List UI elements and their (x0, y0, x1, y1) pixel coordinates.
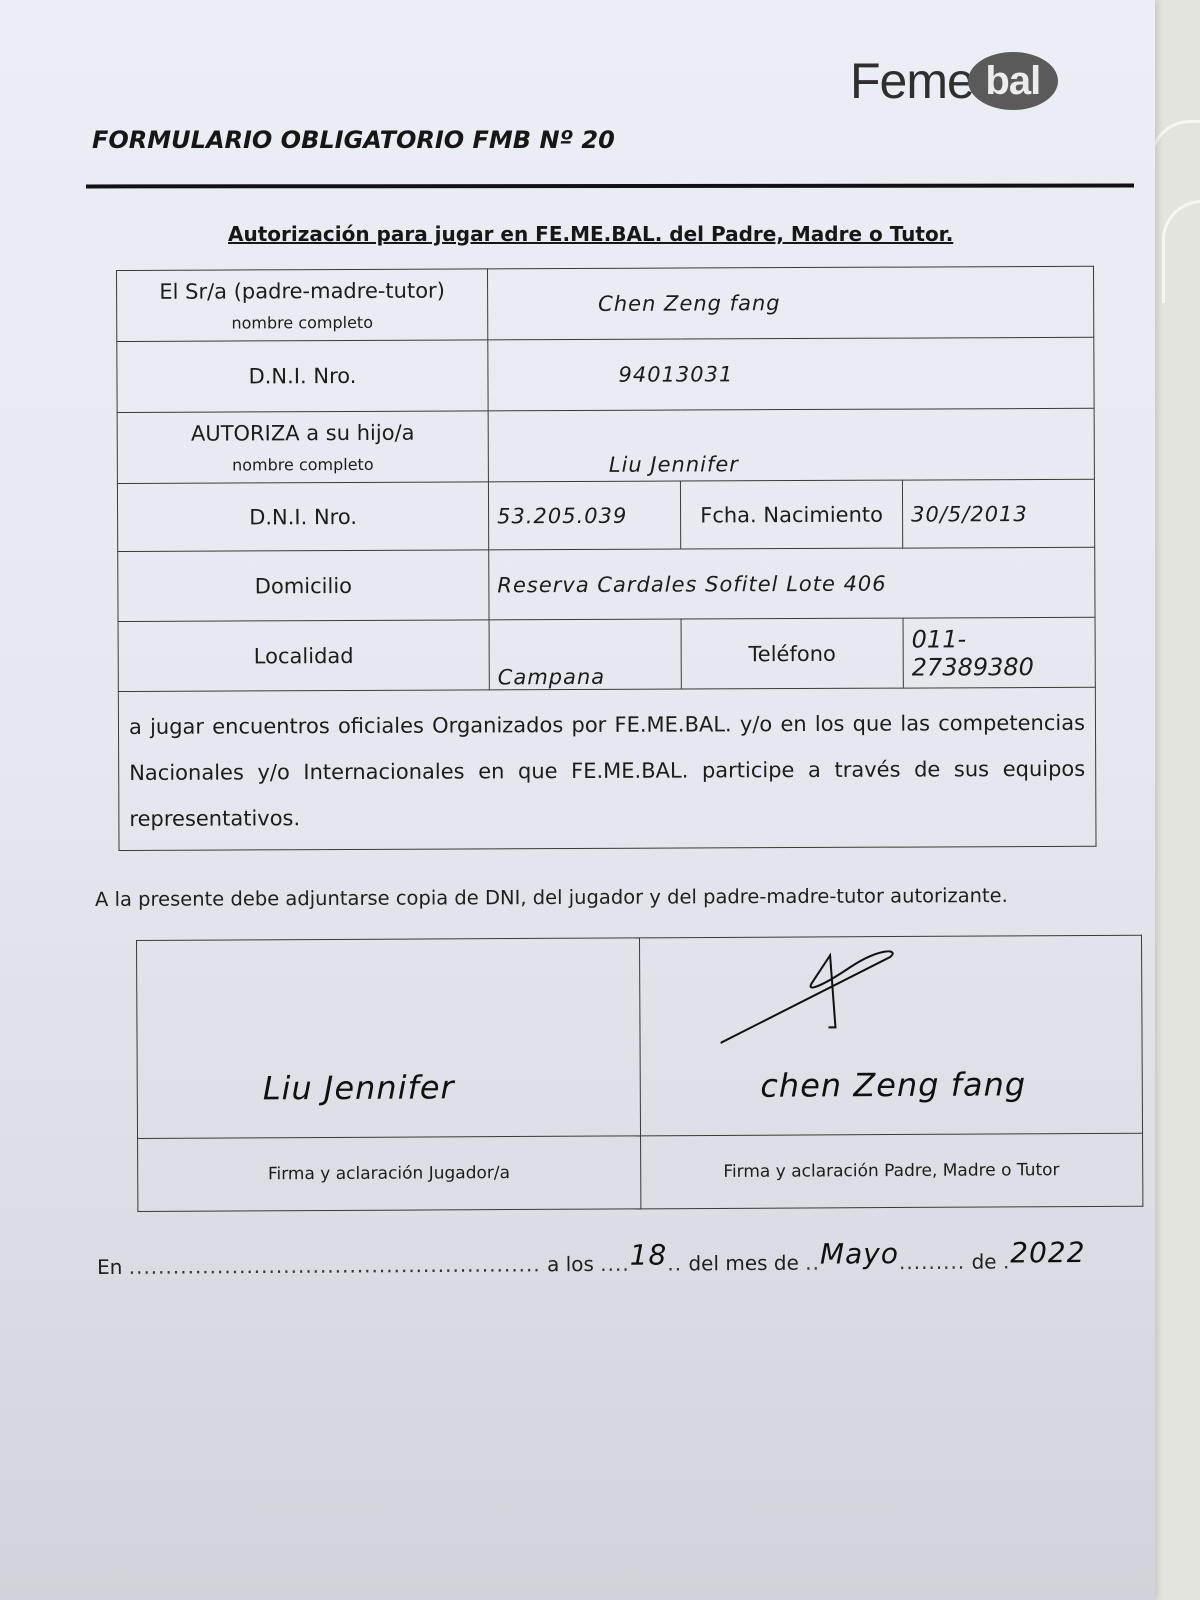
birth-date-label: Fcha. Nacimiento (680, 480, 902, 549)
signature-table: Liu Jennifer chen Zeng fang Firma y acla… (136, 935, 1143, 1212)
year-label: de (971, 1250, 996, 1274)
address-field[interactable]: Reserva Cardales Sofitel Lote 406 (489, 547, 1095, 620)
place-field[interactable]: ........................................… (129, 1252, 541, 1279)
parent-name-label: El Sr/a (padre-madre-tutor) nombre compl… (117, 269, 488, 342)
address-label: Domicilio (118, 550, 489, 622)
player-signature-name: Liu Jennifer (263, 1068, 455, 1107)
player-signature-caption: Firma y aclaración Jugador/a (138, 1136, 641, 1212)
child-name-label: AUTORIZA a su hijo/a nombre completo (117, 411, 488, 484)
child-dni-label: D.N.I. Nro. (117, 482, 488, 552)
days-label: a los (547, 1252, 594, 1276)
date-line: En .....................................… (97, 1242, 1086, 1281)
signature-scribble-icon (720, 947, 921, 1058)
parent-signature-caption: Firma y aclaración Padre, Madre o Tutor (640, 1133, 1143, 1209)
parent-name-field[interactable]: Chen Zeng fang (487, 266, 1093, 340)
child-dni-field[interactable]: 53.205.039 (488, 481, 680, 550)
child-name-sublabel: nombre completo (126, 454, 480, 475)
parent-dni-field[interactable]: 94013031 (488, 337, 1094, 411)
locality-label: Localidad (118, 620, 489, 692)
parent-signature-box[interactable]: chen Zeng fang (639, 935, 1143, 1136)
child-name-field[interactable]: Liu Jennifer (488, 408, 1094, 482)
locality-field[interactable]: Campana (489, 619, 681, 690)
form-paper: Feme bal FORMULARIO OBLIGATORIO FMB Nº 2… (0, 0, 1155, 1600)
femebal-logo: Feme bal (850, 52, 1058, 110)
parent-signature-name: chen Zeng fang (760, 1065, 1026, 1104)
year-field[interactable]: 2022 (1010, 1236, 1085, 1269)
phone-field[interactable]: 011-27389380 (903, 617, 1095, 688)
month-label: del mes de (688, 1251, 799, 1276)
day-field[interactable]: 18 (630, 1239, 668, 1272)
logo-wordmark: Feme (850, 52, 974, 110)
player-signature-box[interactable]: Liu Jennifer (137, 938, 641, 1139)
header-divider (86, 184, 1134, 189)
authorization-text: a jugar encuentros oficiales Organizados… (118, 687, 1096, 850)
birth-date-field[interactable]: 30/5/2013 (902, 479, 1094, 548)
parent-name-sublabel: nombre completo (125, 312, 479, 333)
en-label: En (97, 1255, 122, 1279)
logo-oval: bal (968, 52, 1058, 110)
month-field[interactable]: Mayo (820, 1237, 899, 1270)
phone-label: Teléfono (681, 618, 903, 689)
attachment-note: A la presente debe adjuntarse copia de D… (95, 884, 1008, 911)
authorization-table: El Sr/a (padre-madre-tutor) nombre compl… (116, 266, 1097, 851)
form-number-title: FORMULARIO OBLIGATORIO FMB Nº 20 (92, 126, 615, 154)
form-subtitle: Autorización para jugar en FE.ME.BAL. de… (228, 222, 953, 246)
parent-dni-label: D.N.I. Nro. (117, 340, 488, 413)
